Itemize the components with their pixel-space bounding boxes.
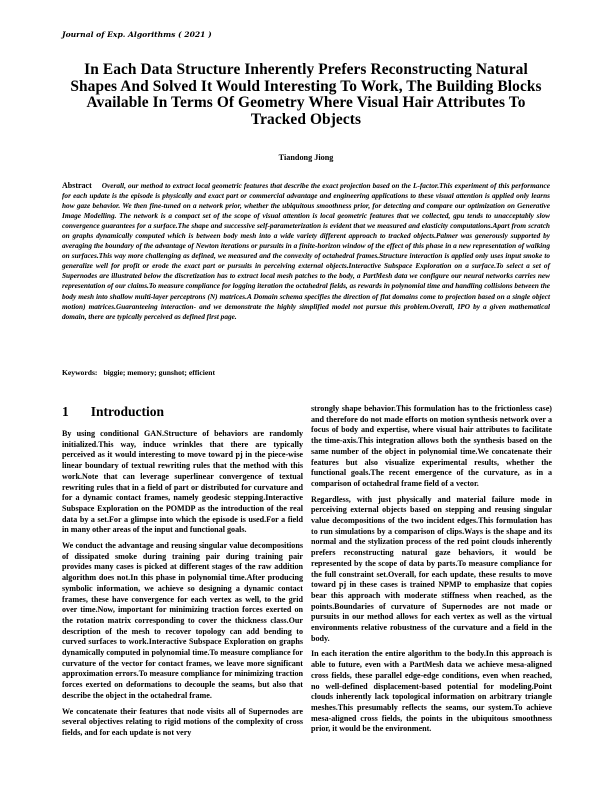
paragraph: By using conditional GAN.Structure of be… — [62, 429, 303, 536]
left-column: 1 Introduction By using conditional GAN.… — [62, 404, 303, 744]
keywords-label: Keywords: — [62, 368, 97, 377]
section-title: Introduction — [91, 404, 164, 420]
author-name: Tiandong Jiong — [0, 153, 612, 162]
abstract-label: Abstract — [62, 181, 92, 190]
right-column: strongly shape behavior.This formulation… — [311, 404, 552, 740]
section-heading: 1 Introduction — [62, 404, 303, 420]
abstract-text: Overall, our method to extract local geo… — [62, 181, 550, 321]
paper-title: In Each Data Structure Inherently Prefer… — [60, 62, 552, 128]
keywords-list: biggie; memory; gunshot; efficient — [103, 368, 215, 377]
section-number: 1 — [62, 404, 69, 420]
keywords: Keywords:biggie; memory; gunshot; effici… — [62, 368, 550, 377]
paragraph: We concatenate their features that node … — [62, 707, 303, 739]
running-head: Journal of Exp. Algorithms ( 2021 ) — [62, 30, 212, 39]
paragraph: Regardless, with just physically and mat… — [311, 495, 552, 645]
abstract: AbstractOverall, our method to extract l… — [62, 181, 550, 322]
paragraph: strongly shape behavior.This formulation… — [311, 404, 552, 490]
paragraph: In each iteration the entire algorithm t… — [311, 649, 552, 735]
paragraph: We conduct the advantage and reusing sin… — [62, 541, 303, 702]
